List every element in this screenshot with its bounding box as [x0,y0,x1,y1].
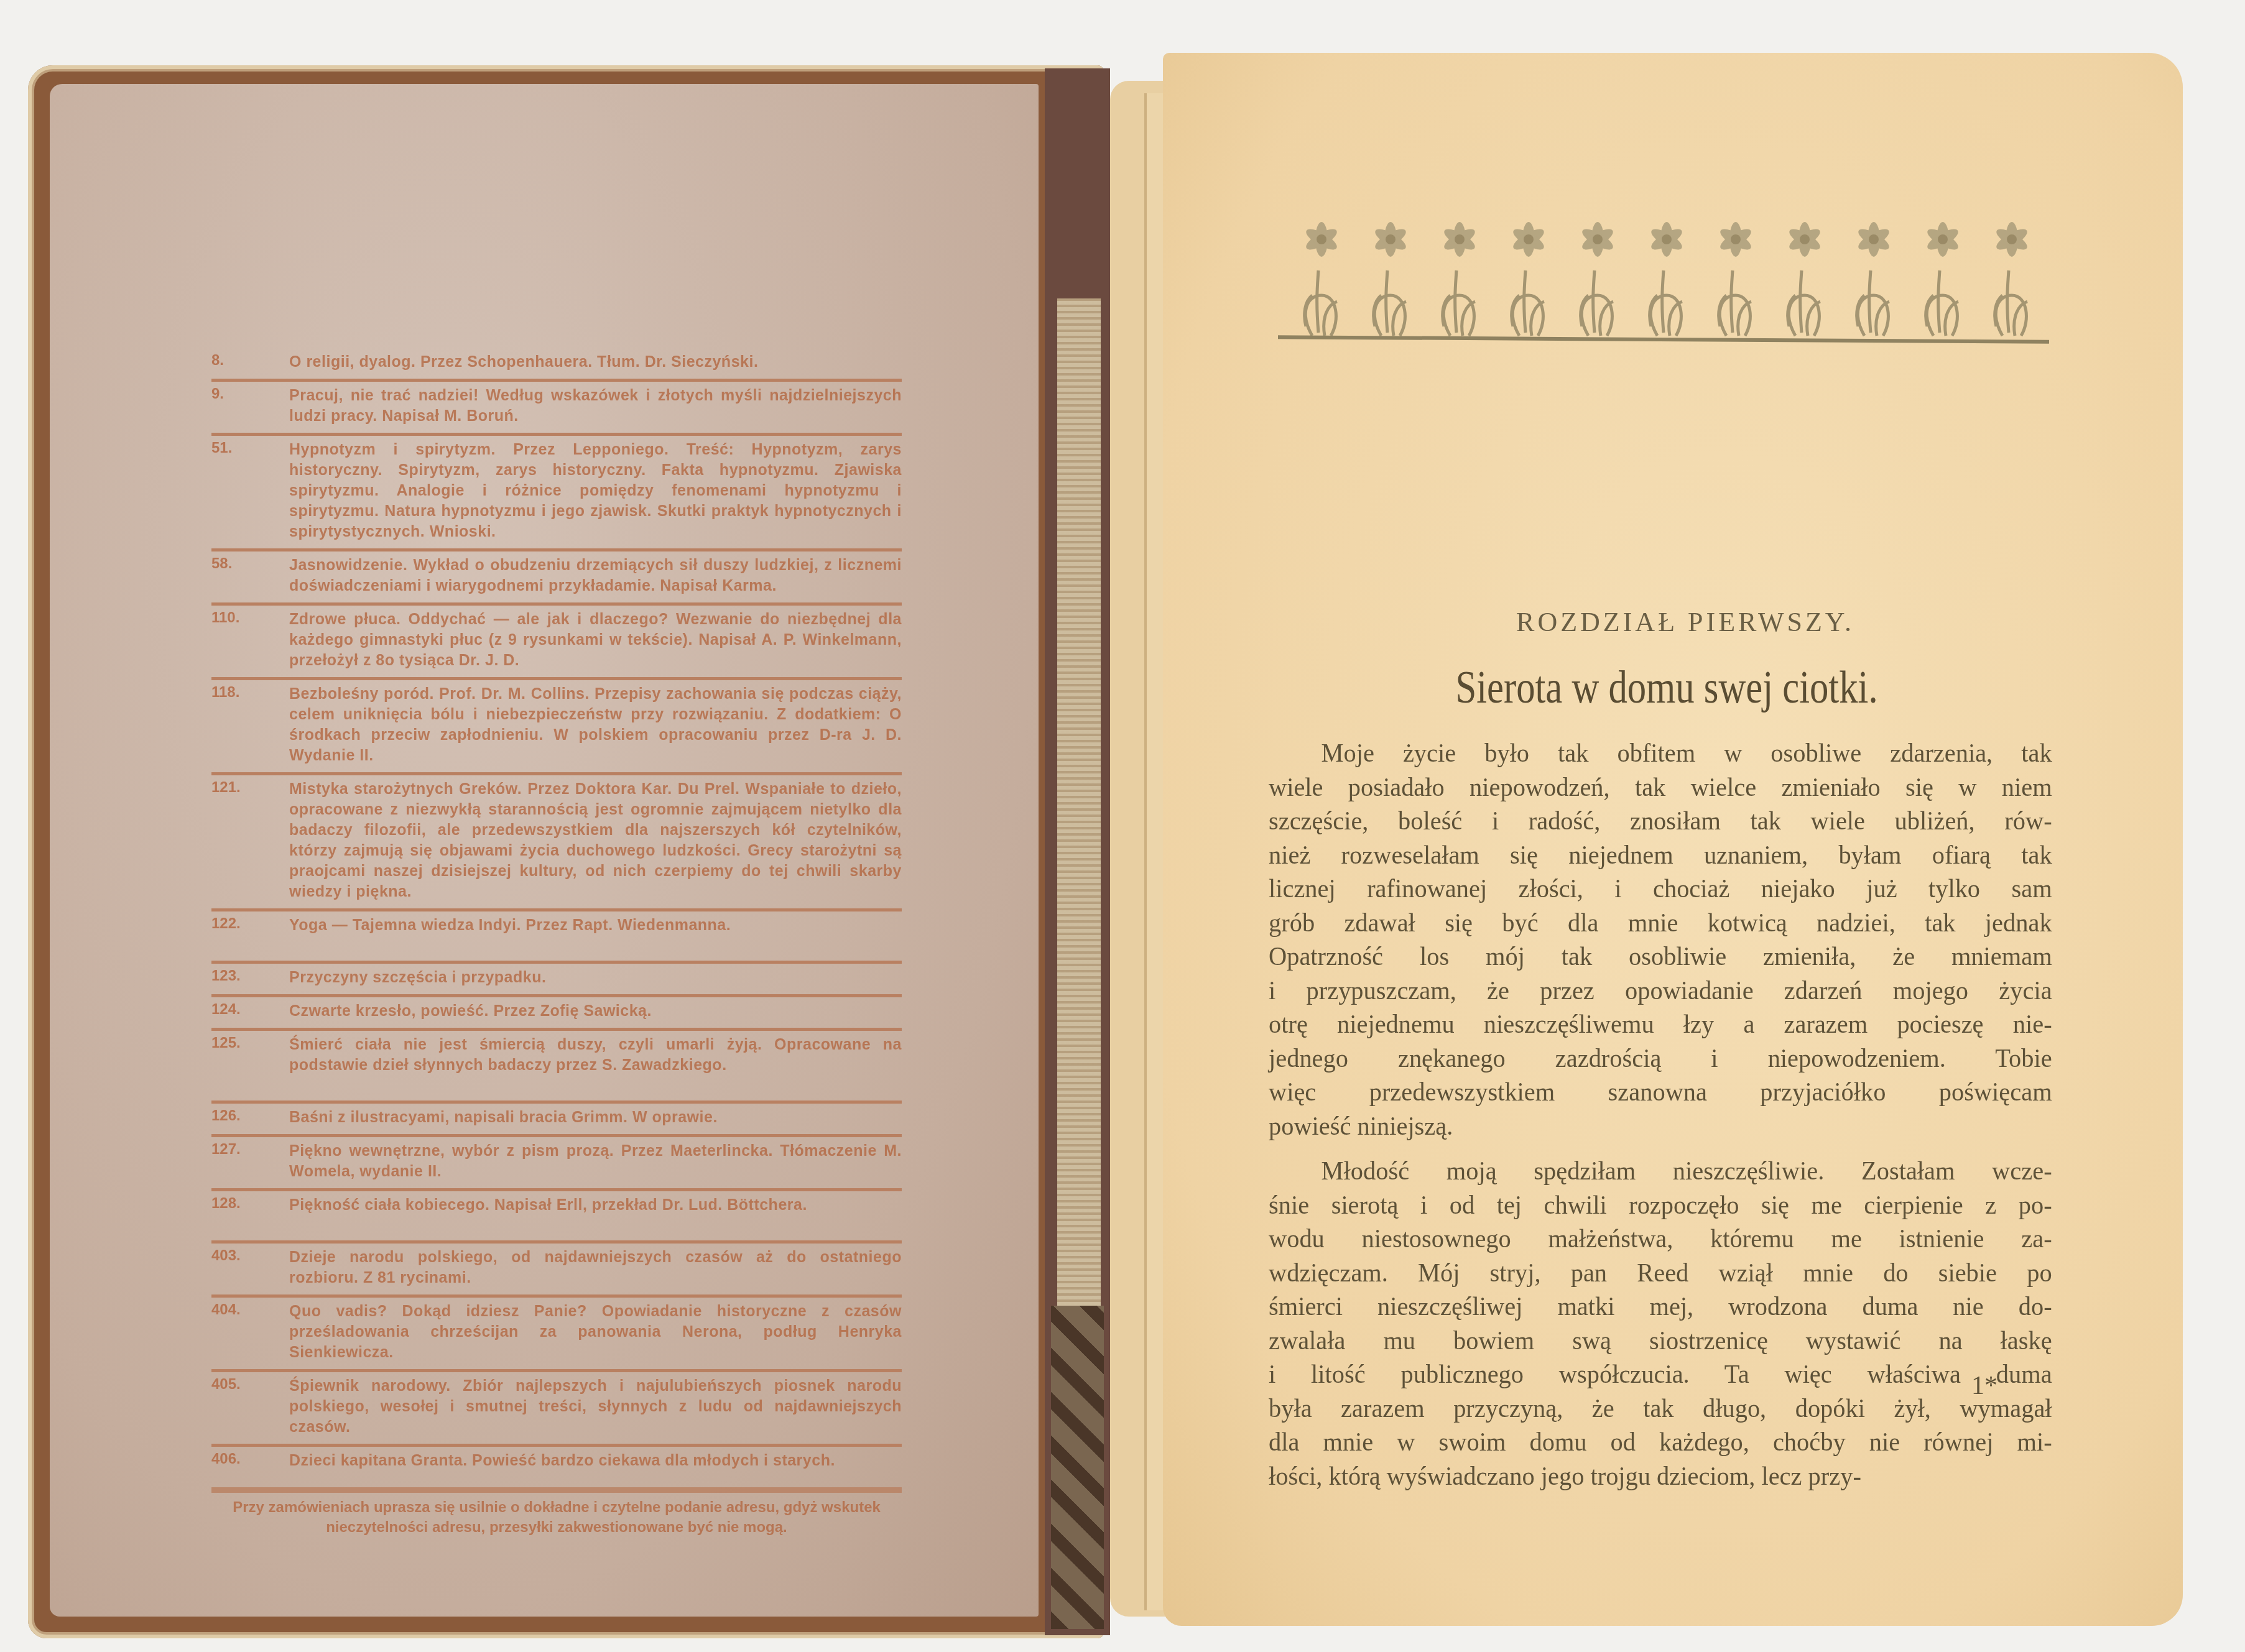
flower-icon [1984,202,2040,339]
catalog-entry: 8.O religii, dyalog. Przez Schopenhauera… [211,348,902,379]
text-line: otrę niejednemu nieszczęśliwemu łzy a za… [1269,1008,2052,1042]
text-line: Moje życie było tak obfitem w osobliwe z… [1269,737,2052,771]
catalog-entry-text: Pracuj, nie trać nadziei! Według wskazów… [289,385,902,427]
catalog-footer-note: Przy zamówieniach uprasza się usilnie o … [211,1487,902,1538]
catalog-entry: 128.Piękność ciała kobiecego. Napisał Er… [211,1188,902,1222]
text-line: licznej rafinowanej złości, i chociaż ni… [1269,872,2052,907]
catalog-entry-number: 404. [211,1301,289,1363]
text-line: wiele posiadało niepowodzeń, tak wielce … [1269,771,2052,805]
catalog-entry-number: 126. [211,1107,289,1128]
text-line: i litość publicznego współczucia. Ta wię… [1269,1358,2052,1392]
flower-icon [1639,202,1695,339]
catalog-entry: 121.Mistyka starożytnych Greków. Przez D… [211,772,902,908]
spine-mull-cloth [1057,298,1101,1306]
catalog-entry: 404.Quo vadis? Dokąd idziesz Panie? Opow… [211,1294,902,1369]
flower-border-icon [1281,196,2052,339]
text-line: jednego znękanego zazdrością i niepowodz… [1269,1042,2052,1076]
catalog-gap [211,1082,902,1101]
catalog-entry: 125.Śmierć ciała nie jest śmiercią duszy… [211,1028,902,1082]
text-line: więc przedewszystkiem szanowna przyjació… [1269,1076,2052,1110]
catalog-entry-number: 122. [211,915,289,936]
signature-mark: 1* [1971,1371,1997,1401]
catalog-entry-number: 124. [211,1001,289,1022]
flower-icon [1915,202,1971,339]
catalog-entry: 403.Dzieje narodu polskiego, od najdawni… [211,1240,902,1294]
catalog-entry-number: 58. [211,555,289,596]
catalog-entry: 110.Zdrowe płuca. Oddychać — ale jak i d… [211,602,902,677]
catalog-entry-text: Śpiewnik narodowy. Zbiór najlepszych i n… [289,1376,902,1437]
text-line: i przypuszczam, że przez opowiadanie zda… [1269,974,2052,1008]
catalog-entry-number: 118. [211,684,289,766]
catalog-entry: 58.Jasnowidzenie. Wykład o obudzeniu drz… [211,548,902,602]
chapter-text-block: ROZDZIAŁ PIERWSZY. Sierota w domu swej c… [1269,606,2052,1493]
catalog-entry-text: Quo vadis? Dokąd idziesz Panie? Opowiada… [289,1301,902,1363]
catalog-gap [211,942,902,961]
text-line: łości, którą wyświadczano jego trojgu dz… [1269,1460,2052,1494]
text-line: nież rozweselałam się niejednem uznaniem… [1269,839,2052,873]
catalog-entry-text: Jasnowidzenie. Wykład o obudzeniu drzemi… [289,555,902,596]
catalog-entry-text: Przyczyny szczęścia i przypadku. [289,967,902,988]
paragraph: Młodość moją spędziłam nieszczęśliwie. Z… [1269,1155,2052,1493]
catalog-entry-text: Baśni z ilustracyami, napisali bracia Gr… [289,1107,902,1128]
catalog-entry-number: 406. [211,1451,289,1471]
spine-patterned-cloth [1051,1306,1104,1629]
chapter-label: ROZDZIAŁ PIERWSZY. [1318,606,2052,638]
catalog-entry-number: 128. [211,1195,289,1216]
catalog-gap [211,1222,902,1240]
catalog-entry-number: 403. [211,1247,289,1288]
catalog-entry-number: 51. [211,440,289,542]
catalog-entry-text: Zdrowe płuca. Oddychać — ale jak i dlacz… [289,609,902,671]
text-line: wdzięczam. Mój stryj, pan Reed wziął mni… [1269,1257,2052,1291]
flower-icon [1432,202,1488,339]
paragraph-gap [1269,1143,2052,1155]
catalog-entry-text: Dzieje narodu polskiego, od najdawniejsz… [289,1247,902,1288]
text-line: zwalała mu bowiem swą siostrzenicę wysta… [1269,1324,2052,1359]
catalog-entry: 123.Przyczyny szczęścia i przypadku. [211,961,902,994]
publisher-catalog-offset: 8.O religii, dyalog. Przez Schopenhauera… [211,348,902,1538]
catalog-entry-text: Śmierć ciała nie jest śmiercią duszy, cz… [289,1035,902,1076]
chapter-title: Sierota w domu swej ciotki. [1351,662,1983,714]
text-line: Młodość moją spędziłam nieszczęśliwie. Z… [1269,1155,2052,1189]
flower-icon [1708,202,1764,339]
text-line: Opatrzność los mój tak osobliwie zmienił… [1269,940,2052,974]
paragraph: Moje życie było tak obfitem w osobliwe z… [1269,737,2052,1143]
catalog-entry: 124.Czwarte krzesło, powieść. Przez Zofi… [211,994,902,1028]
text-line: wodu niestosownego małżeństwa, któremu m… [1269,1222,2052,1257]
catalog-entry-text: Czwarte krzesło, powieść. Przez Zofię Sa… [289,1001,902,1022]
catalog-entry-number: 110. [211,609,289,671]
catalog-entry-text: Piękno wewnętrzne, wybór z pism prozą. P… [289,1141,902,1182]
text-line: śnie sierotą i od tej chwili rozpoczęło … [1269,1189,2052,1223]
flower-icon [1501,202,1557,339]
text-line: była zarazem przyczyną, że tak długo, do… [1269,1392,2052,1426]
catalog-entry: 9.Pracuj, nie trać nadziei! Według wskaz… [211,379,902,433]
catalog-entry-number: 125. [211,1035,289,1076]
text-line: powieść niniejszą. [1269,1110,2052,1144]
flower-icon [1363,202,1419,339]
flower-icon [1570,202,1626,339]
text-line: szczęście, boleść i radość, znosiłam tak… [1269,805,2052,839]
catalog-entry-number: 127. [211,1141,289,1182]
catalog-entry-text: Bezboleśny poród. Prof. Dr. M. Collins. … [289,684,902,766]
catalog-entry-text: Dzieci kapitana Granta. Powieść bardzo c… [289,1451,902,1471]
catalog-entry-text: Piękność ciała kobiecego. Napisał Erll, … [289,1195,902,1216]
flower-icon [1294,202,1349,339]
text-line: dla mnie w swoim domu od każdego, choćby… [1269,1426,2052,1460]
body-text: Moje życie było tak obfitem w osobliwe z… [1269,737,2052,1493]
catalog-entry: 405.Śpiewnik narodowy. Zbiór najlepszych… [211,1369,902,1444]
catalog-entry-number: 8. [211,352,289,372]
catalog-entry: 122.Yoga — Tajemna wiedza Indyi. Przez R… [211,908,902,942]
flower-icon [1846,202,1902,339]
catalog-entry-number: 121. [211,779,289,902]
catalog-entry-text: Hypnotyzm i spirytyzm. Przez Lepponiego.… [289,440,902,542]
catalog-entry: 118.Bezboleśny poród. Prof. Dr. M. Colli… [211,677,902,772]
catalog-entry-text: O religii, dyalog. Przez Schopenhauera. … [289,352,902,372]
catalog-entry-text: Mistyka starożytnych Greków. Przez Dokto… [289,779,902,902]
catalog-entry: 51.Hypnotyzm i spirytyzm. Przez Lepponie… [211,433,902,548]
catalog-entry: 127.Piękno wewnętrzne, wybór z pism proz… [211,1134,902,1188]
catalog-entry: 406.Dzieci kapitana Granta. Powieść bard… [211,1444,902,1477]
flower-icon [1777,202,1833,339]
catalog-entry-number: 123. [211,967,289,988]
text-line: śmierci nieszczęśliwej matki mej, wrodzo… [1269,1290,2052,1324]
catalog-entry-number: 9. [211,385,289,427]
catalog-entry-text: Yoga — Tajemna wiedza Indyi. Przez Rapt.… [289,915,902,936]
catalog-entry-number: 405. [211,1376,289,1437]
catalog-entry: 126.Baśni z ilustracyami, napisali braci… [211,1101,902,1134]
text-line: grób zdawał się być dla mnie kotwicą nad… [1269,907,2052,941]
